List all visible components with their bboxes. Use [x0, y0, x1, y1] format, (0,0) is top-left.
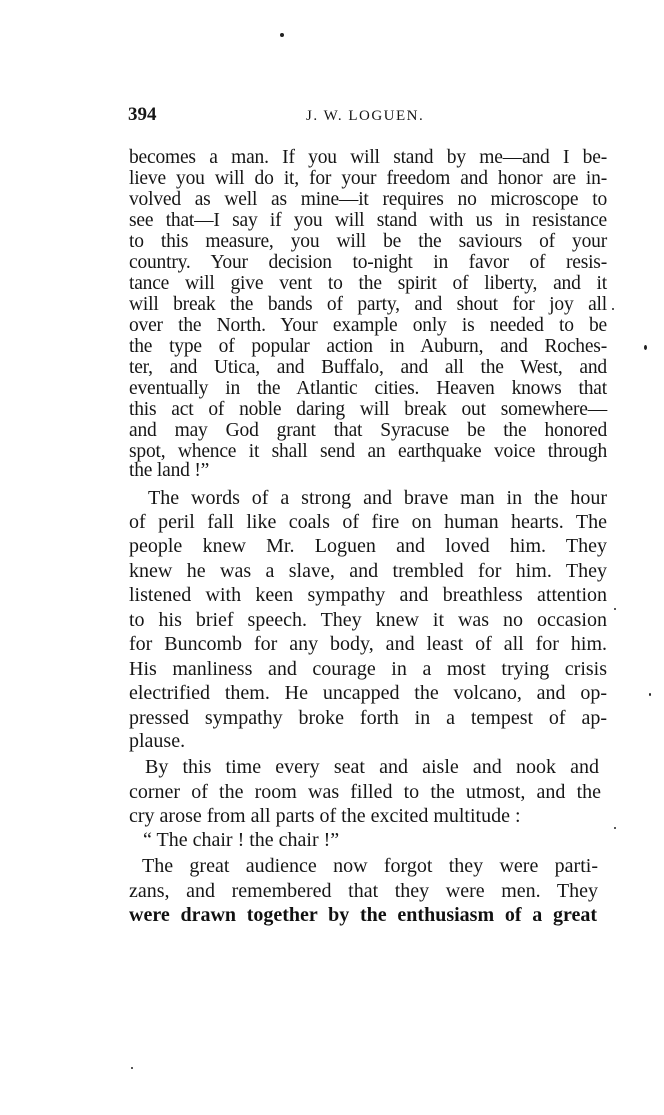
- text-line: plause.: [129, 729, 607, 753]
- scan-speck: [644, 345, 647, 350]
- text-line: becomes a man. If you will stand by me—a…: [129, 147, 607, 168]
- paragraph-first-line: By this time every seat and aisle and no…: [145, 755, 599, 779]
- text-line: spot, whence it shall send an earthquake…: [129, 441, 607, 462]
- text-line: the type of popular action in Auburn, an…: [129, 336, 607, 357]
- text-line: to this measure, you will be the saviour…: [129, 231, 607, 252]
- text-line: volved as well as mine—it requires no mi…: [129, 189, 607, 210]
- page-number: 394: [128, 104, 157, 126]
- text-line: the land !”: [129, 460, 607, 481]
- text-line: corner of the room was filled to the utm…: [129, 780, 601, 804]
- scan-speck: [131, 1067, 133, 1069]
- text-line: of peril fall like coals of fire on huma…: [129, 510, 607, 534]
- text-line: His manliness and courage in a most tryi…: [129, 657, 607, 681]
- scan-speck: [614, 827, 616, 829]
- text-line: country. Your decision to-night in favor…: [129, 252, 607, 273]
- text-line: this act of noble daring will break out …: [129, 399, 607, 420]
- scan-speck: [614, 608, 616, 610]
- scan-speck: [649, 693, 651, 696]
- quoted-cry: “ The chair ! the chair !”: [143, 828, 621, 852]
- text-line: electrified them. He uncapped the volcan…: [129, 681, 607, 705]
- text-line: cry arose from all parts of the excited …: [129, 804, 607, 828]
- paragraph-first-line: The great audience now forgot they were …: [142, 854, 598, 878]
- running-title: J. W. LOGUEN.: [306, 108, 424, 125]
- text-line: and may God grant that Syracuse be the h…: [129, 420, 607, 441]
- book-page: 394 J. W. LOGUEN. becomes a man. If you …: [0, 0, 664, 1115]
- scan-speck: [280, 33, 284, 37]
- text-line: listened with keen sympathy and breathle…: [129, 583, 607, 607]
- text-line: knew he was a slave, and trembled for hi…: [129, 559, 607, 583]
- paragraph-first-line: The words of a strong and brave man in t…: [148, 486, 607, 510]
- text-line: over the North. Your example only is nee…: [129, 315, 607, 336]
- text-line: will break the bands of party, and shout…: [129, 294, 607, 315]
- text-line: zans, and remembered that they were men.…: [129, 879, 598, 903]
- text-line: tance will give vent to the spirit of li…: [129, 273, 607, 294]
- text-line: for Buncomb for any body, and least of a…: [129, 632, 607, 656]
- text-line: were drawn together by the enthusiasm of…: [129, 903, 597, 927]
- text-line: see that—I say if you will stand with us…: [129, 210, 607, 231]
- text-line: eventually in the Atlantic cities. Heave…: [129, 378, 607, 399]
- text-line: to his brief speech. They knew it was no…: [129, 608, 607, 632]
- text-line: people knew Mr. Loguen and loved him. Th…: [129, 534, 607, 558]
- scan-speck: [612, 308, 614, 310]
- text-line: ter, and Utica, and Buffalo, and all the…: [129, 357, 607, 378]
- text-line: lieve you will do it, for your freedom a…: [129, 168, 607, 189]
- text-line: pressed sympathy broke forth in a tempes…: [129, 706, 607, 730]
